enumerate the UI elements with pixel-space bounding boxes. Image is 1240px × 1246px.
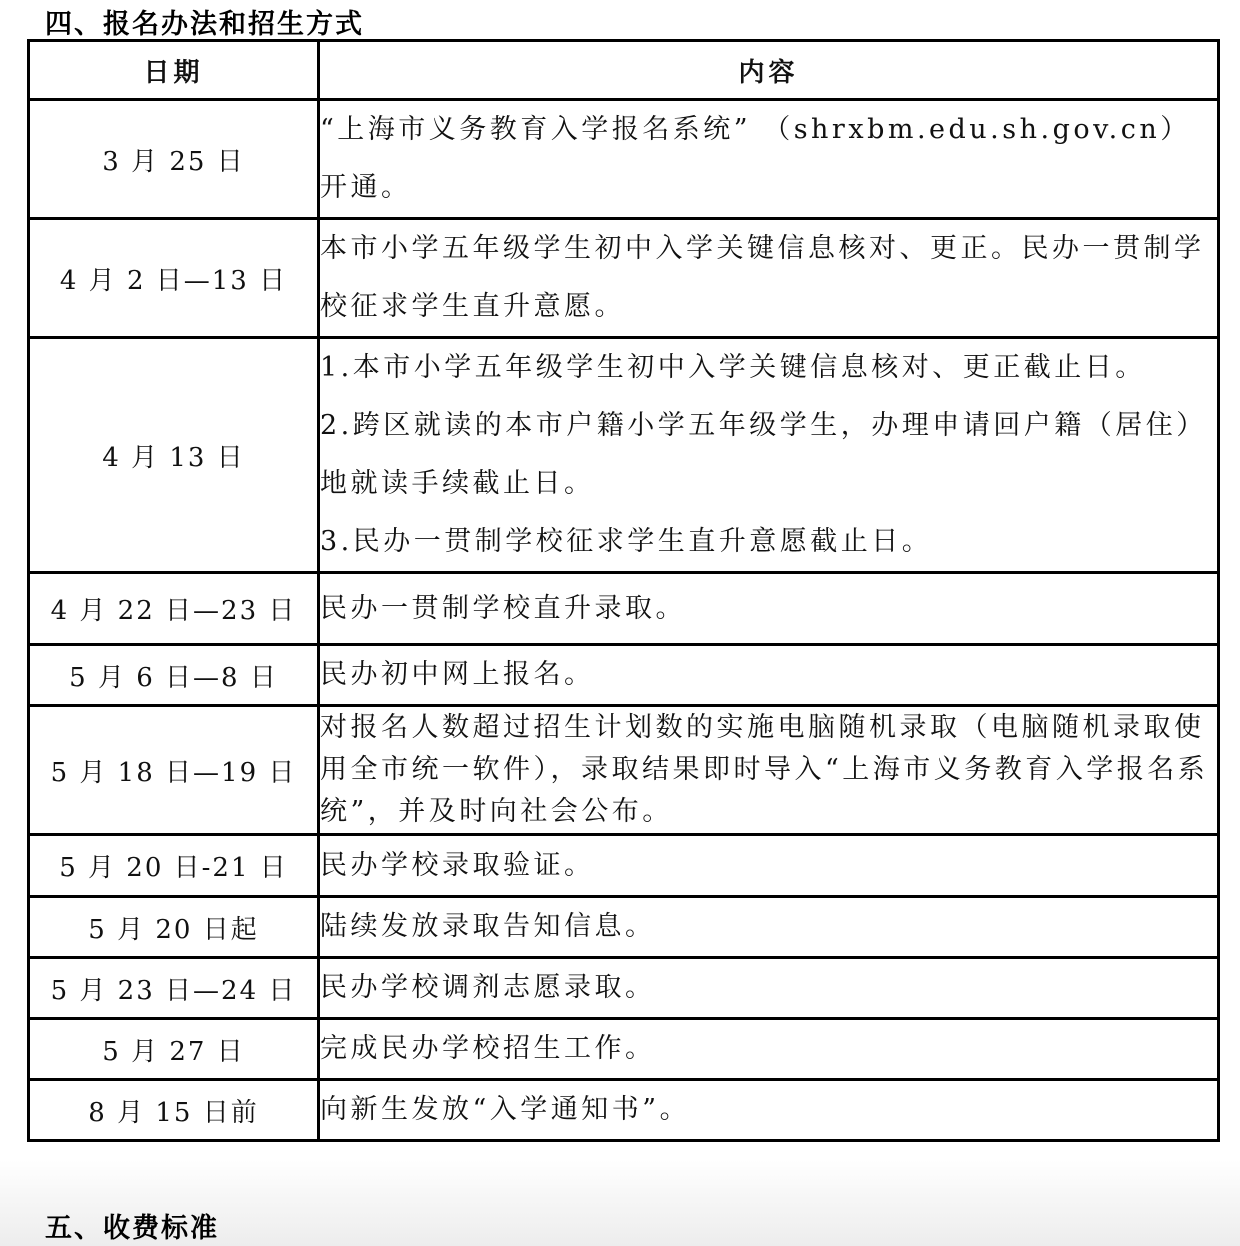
- section-5-heading: 五、收费标准: [45, 1206, 219, 1245]
- date-cell: 3 月 25 日: [29, 100, 319, 219]
- table-row: 4 月 13 日1.本市小学五年级学生初中入学关键信息核对、更正截止日。2.跨区…: [29, 338, 1219, 573]
- table-row: 5 月 20 日起陆续发放录取告知信息。: [29, 897, 1219, 958]
- date-cell: 4 月 22 日—23 日: [29, 573, 319, 645]
- section-4-heading: 四、报名办法和招生方式: [45, 2, 364, 41]
- table-row: 5 月 6 日—8 日民办初中网上报名。: [29, 645, 1219, 706]
- content-cell: 陆续发放录取告知信息。: [319, 897, 1219, 958]
- content-cell: 民办初中网上报名。: [319, 645, 1219, 706]
- enrollment-schedule-table: 日期 内容 3 月 25 日“上海市义务教育入学报名系统” （shrxbm.ed…: [27, 39, 1220, 1142]
- column-header-date: 日期: [29, 41, 319, 100]
- content-paragraph: 3.民办一贯制学校征求学生直升意愿截止日。: [320, 513, 1217, 571]
- table-row: 4 月 22 日—23 日民办一贯制学校直升录取。: [29, 573, 1219, 645]
- table-header-row: 日期 内容: [29, 41, 1219, 100]
- date-cell: 4 月 2 日—13 日: [29, 219, 319, 338]
- content-cell: 1.本市小学五年级学生初中入学关键信息核对、更正截止日。2.跨区就读的本市户籍小…: [319, 338, 1219, 573]
- table-row: 5 月 18 日—19 日对报名人数超过招生计划数的实施电脑随机录取（电脑随机录…: [29, 706, 1219, 835]
- content-cell: 民办一贯制学校直升录取。: [319, 573, 1219, 645]
- content-paragraph: 完成民办学校招生工作。: [320, 1020, 1217, 1078]
- date-cell: 5 月 18 日—19 日: [29, 706, 319, 835]
- content-cell: 对报名人数超过招生计划数的实施电脑随机录取（电脑随机录取使用全市统一软件），录取…: [319, 706, 1219, 835]
- content-paragraph: 民办初中网上报名。: [320, 646, 1217, 704]
- table-row: 3 月 25 日“上海市义务教育入学报名系统” （shrxbm.edu.sh.g…: [29, 100, 1219, 219]
- date-cell: 4 月 13 日: [29, 338, 319, 573]
- date-cell: 5 月 20 日起: [29, 897, 319, 958]
- date-cell: 5 月 27 日: [29, 1019, 319, 1080]
- content-cell: 民办学校调剂志愿录取。: [319, 958, 1219, 1019]
- content-cell: 向新生发放“入学通知书”。: [319, 1080, 1219, 1141]
- column-header-content: 内容: [319, 41, 1219, 100]
- date-cell: 8 月 15 日前: [29, 1080, 319, 1141]
- table-row: 5 月 27 日完成民办学校招生工作。: [29, 1019, 1219, 1080]
- content-cell: 本市小学五年级学生初中入学关键信息核对、更正。民办一贯制学校征求学生直升意愿。: [319, 219, 1219, 338]
- content-paragraph: 民办学校录取验证。: [320, 837, 1217, 895]
- content-paragraph: “上海市义务教育入学报名系统” （shrxbm.edu.sh.gov.cn）开通…: [320, 101, 1217, 217]
- table-row: 5 月 23 日—24 日民办学校调剂志愿录取。: [29, 958, 1219, 1019]
- content-paragraph: 民办一贯制学校直升录取。: [320, 580, 1217, 638]
- date-cell: 5 月 20 日-21 日: [29, 835, 319, 897]
- content-cell: “上海市义务教育入学报名系统” （shrxbm.edu.sh.gov.cn）开通…: [319, 100, 1219, 219]
- content-cell: 民办学校录取验证。: [319, 835, 1219, 897]
- date-cell: 5 月 23 日—24 日: [29, 958, 319, 1019]
- content-paragraph: 2.跨区就读的本市户籍小学五年级学生，办理申请回户籍（居住）地就读手续截止日。: [320, 397, 1217, 513]
- content-paragraph: 陆续发放录取告知信息。: [320, 898, 1217, 956]
- content-paragraph: 1.本市小学五年级学生初中入学关键信息核对、更正截止日。: [320, 339, 1217, 397]
- table-row: 4 月 2 日—13 日本市小学五年级学生初中入学关键信息核对、更正。民办一贯制…: [29, 219, 1219, 338]
- content-paragraph: 向新生发放“入学通知书”。: [320, 1081, 1217, 1139]
- content-paragraph: 民办学校调剂志愿录取。: [320, 959, 1217, 1017]
- table-row: 5 月 20 日-21 日民办学校录取验证。: [29, 835, 1219, 897]
- content-cell: 完成民办学校招生工作。: [319, 1019, 1219, 1080]
- date-cell: 5 月 6 日—8 日: [29, 645, 319, 706]
- content-paragraph: 对报名人数超过招生计划数的实施电脑随机录取（电脑随机录取使用全市统一软件），录取…: [320, 707, 1217, 833]
- content-paragraph: 本市小学五年级学生初中入学关键信息核对、更正。民办一贯制学校征求学生直升意愿。: [320, 220, 1217, 336]
- table-row: 8 月 15 日前向新生发放“入学通知书”。: [29, 1080, 1219, 1141]
